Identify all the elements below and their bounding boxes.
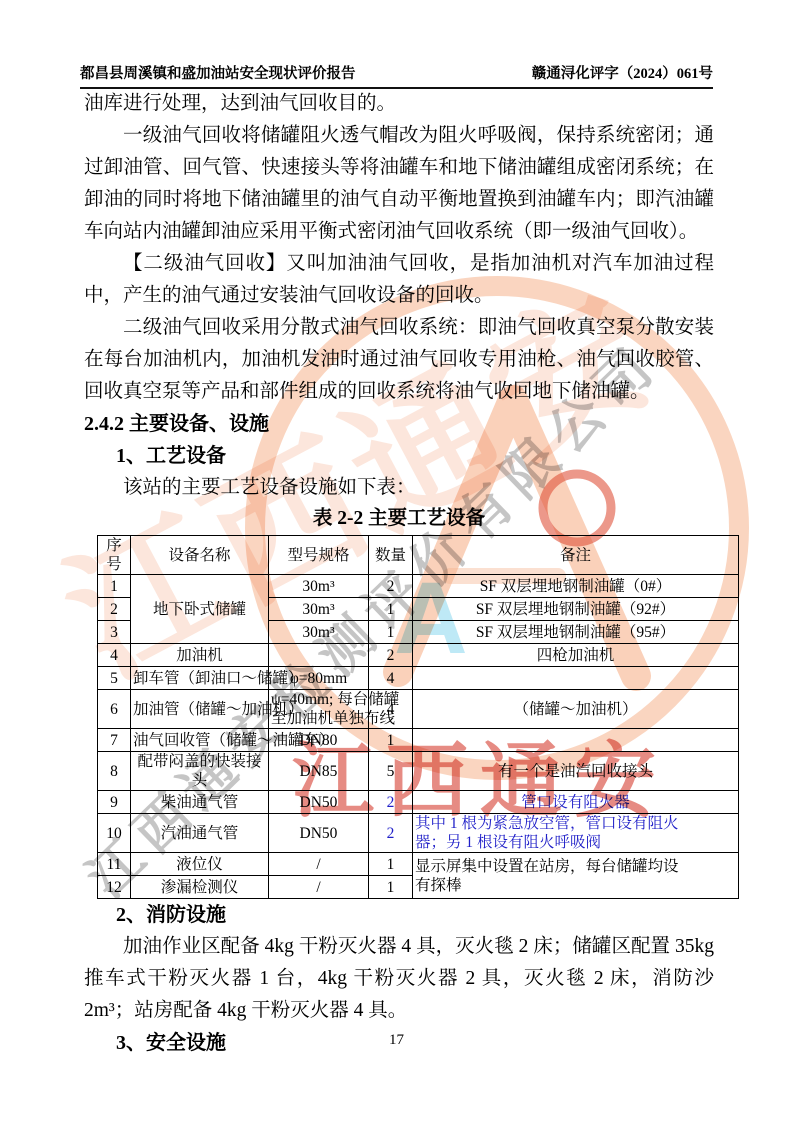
table-cell: 30m³	[269, 598, 369, 621]
header-document-number: 赣通浔化评字（2024）061号	[532, 62, 713, 83]
table-cell: 四枪加油机	[413, 644, 739, 667]
column-header: 序号	[98, 536, 131, 575]
table-header-row: 序号设备名称型号规格数量备注	[98, 536, 739, 575]
table-cell: 渗漏检测仪	[131, 876, 269, 899]
header-report-title: 都昌县周溪镇和盛加油站安全现状评价报告	[80, 62, 356, 83]
table-row: 6加油管（储罐～加油机）ψ=40mm; 每台储罐 至加油机单独布线4（储罐～加油…	[98, 690, 739, 729]
table-cell: 1	[369, 598, 413, 621]
paragraph-primary-vapor-recovery: 一级油气回收将储罐阻火透气帽改为阻火呼吸阀，保持系统密闭；通过卸油管、回气管、快…	[84, 120, 714, 248]
paragraph-secondary-vapor-recovery-system: 二级油气回收采用分散式油气回收系统：即油气回收真空泵分散安装在每台加油机内，加油…	[84, 312, 714, 408]
paragraph-fire-equipment: 加油作业区配备 4kg 干粉灭火器 4 具，灭火毯 2 床；储罐区配置 35kg…	[84, 931, 714, 1027]
table-cell: 10	[98, 814, 131, 853]
table-cell: 1	[369, 876, 413, 899]
table-cell: 6	[98, 690, 131, 729]
paragraph-table-intro: 该站的主要工艺设备设施如下表：	[84, 472, 714, 504]
table-cell	[269, 644, 369, 667]
subsection-heading-process-equipment: 1、工艺设备	[84, 440, 714, 472]
table-cell: 4	[98, 644, 131, 667]
table-cell: 2	[369, 814, 413, 853]
table-cell: 加油机	[131, 644, 269, 667]
table-row: 10汽油通气管DN502其中 1 根为紧急放空管，管口设有阻火 器；另 1 根设…	[98, 814, 739, 853]
table-cell: 汽油通气管	[131, 814, 269, 853]
table-cell: 有一个是油汽回收接头	[413, 752, 739, 791]
column-header: 数量	[369, 536, 413, 575]
table-cell: 7	[98, 729, 131, 752]
page-content: 油库进行处理，达到油气回收目的。 一级油气回收将储罐阻火透气帽改为阻火呼吸阀，保…	[84, 88, 714, 1059]
table-cell	[413, 667, 739, 690]
equipment-table: 序号设备名称型号规格数量备注 1地下卧式储罐30m³2SF 双层埋地钢制油罐（0…	[97, 535, 739, 899]
table-cell: DN50	[269, 791, 369, 814]
table-cell: SF 双层埋地钢制油罐（95#）	[413, 621, 739, 644]
table-row: 8配带闷盖的快装接头DN855有一个是油汽回收接头	[98, 752, 739, 791]
table-cell: 2	[98, 598, 131, 621]
table-cell: 管口设有阻火器	[413, 791, 739, 814]
table-cell: /	[269, 853, 369, 876]
paragraph-secondary-vapor-recovery-def: 【二级油气回收】又叫加油油气回收，是指加油机对汽车加油过程中，产生的油气通过安装…	[84, 248, 714, 312]
table-row: 11液位仪/1显示屏集中设置在站房，每台储罐均设 有探棒	[98, 853, 739, 876]
table-cell: 9	[98, 791, 131, 814]
table-cell: 油气回收管（储罐～油罐车）	[131, 729, 269, 752]
table-cell: 1	[98, 575, 131, 598]
table-cell: SF 双层埋地钢制油罐（0#）	[413, 575, 739, 598]
table-row: 9柴油通气管DN502管口设有阻火器	[98, 791, 739, 814]
table-cell: 地下卧式储罐	[131, 575, 269, 644]
table-cell: 5	[369, 752, 413, 791]
column-header: 型号规格	[269, 536, 369, 575]
table-row: 1地下卧式储罐30m³2SF 双层埋地钢制油罐（0#）	[98, 575, 739, 598]
table-cell: 30m³	[269, 621, 369, 644]
table-cell: 2	[369, 791, 413, 814]
table-cell: 1	[369, 853, 413, 876]
column-header: 备注	[413, 536, 739, 575]
table-cell: 2	[369, 575, 413, 598]
page-number: 17	[0, 1032, 793, 1049]
table-cell: DN50	[269, 814, 369, 853]
column-header: 设备名称	[131, 536, 269, 575]
table-caption: 表 2-2 主要工艺设备	[84, 504, 714, 534]
table-cell: SF 双层埋地钢制油罐（92#）	[413, 598, 739, 621]
table-cell	[413, 729, 739, 752]
table-cell: 30m³	[269, 575, 369, 598]
table-cell: 1	[369, 621, 413, 644]
table-cell: ψ=40mm; 每台储罐 至加油机单独布线	[269, 690, 369, 729]
table-cell: /	[269, 876, 369, 899]
table-row: 5卸车管（卸油口～储罐）φ=80mm4	[98, 667, 739, 690]
table-cell: 1	[369, 729, 413, 752]
table-cell: 液位仪	[131, 853, 269, 876]
table-cell: DN85	[269, 752, 369, 791]
subsection-heading-fire-facilities: 2、消防设施	[84, 899, 714, 931]
table-cell: 显示屏集中设置在站房，每台储罐均设 有探棒	[413, 853, 739, 899]
table-row: 7油气回收管（储罐～油罐车）DN801	[98, 729, 739, 752]
table-cell: 12	[98, 876, 131, 899]
section-heading-242: 2.4.2 主要设备、设施	[84, 408, 714, 440]
table-cell: 卸车管（卸油口～储罐）	[131, 667, 269, 690]
table-cell: （储罐～加油机）	[413, 690, 739, 729]
table-cell: 5	[98, 667, 131, 690]
paragraph-oil-depot: 油库进行处理，达到油气回收目的。	[84, 88, 714, 120]
page-header: 都昌县周溪镇和盛加油站安全现状评价报告 赣通浔化评字（2024）061号	[80, 62, 713, 89]
table-row: 4加油机2四枪加油机	[98, 644, 739, 667]
table-cell: 8	[98, 752, 131, 791]
table-cell: 配带闷盖的快装接头	[131, 752, 269, 791]
table-cell: 4	[369, 667, 413, 690]
table-cell: 柴油通气管	[131, 791, 269, 814]
table-cell: 其中 1 根为紧急放空管，管口设有阻火 器；另 1 根设有阻火呼吸阀	[413, 814, 739, 853]
table-cell: 加油管（储罐～加油机）	[131, 690, 269, 729]
table-cell: 3	[98, 621, 131, 644]
document-page: 都昌县周溪镇和盛加油站安全现状评价报告 赣通浔化评字（2024）061号 油库进…	[0, 0, 793, 1122]
table-cell: 2	[369, 644, 413, 667]
table-cell: 11	[98, 853, 131, 876]
